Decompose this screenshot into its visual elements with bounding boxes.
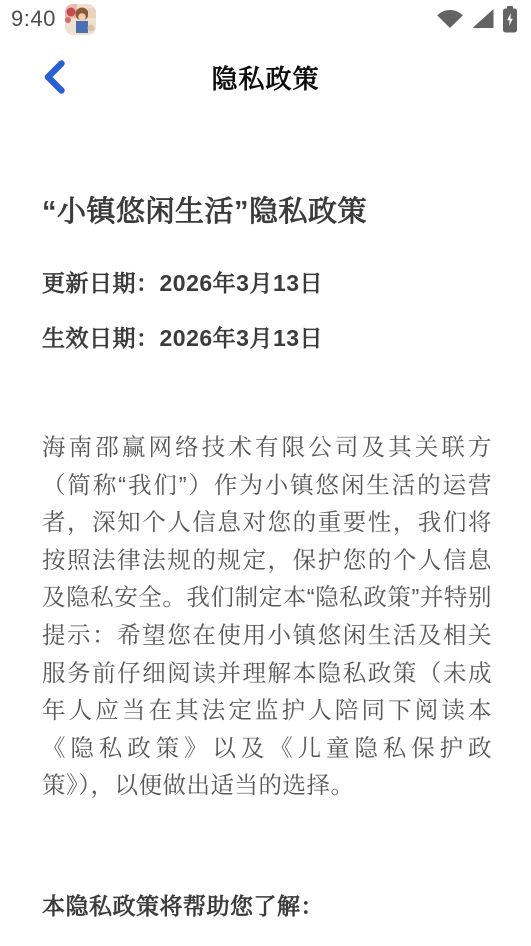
- clock-time: 9:40: [11, 6, 56, 32]
- updated-date-line: 更新日期：2026年3月13日: [42, 265, 489, 298]
- battery-charging-icon: [502, 6, 518, 33]
- policy-title: “小镇悠闲生活”隐私政策: [42, 189, 489, 230]
- status-bar: 9:40: [0, 0, 531, 38]
- wifi-icon: [436, 8, 464, 30]
- policy-section-heading: 本隐私政策将帮助您了解：: [42, 888, 489, 921]
- game-avatar-icon: [65, 4, 96, 35]
- effective-date-line: 生效日期：2026年3月13日: [42, 320, 489, 353]
- policy-intro-paragraph: 海南邵赢网络技术有限公司及其关联方（简称“我们”）作为小镇悠闲生活的运营者，深知…: [42, 429, 492, 805]
- nav-bar: 隐私政策: [0, 55, 531, 99]
- cellular-signal-icon: [471, 8, 495, 30]
- status-indicators: [436, 6, 518, 33]
- page-title: 隐私政策: [0, 55, 531, 99]
- privacy-policy-screen: 9:40: [0, 0, 531, 946]
